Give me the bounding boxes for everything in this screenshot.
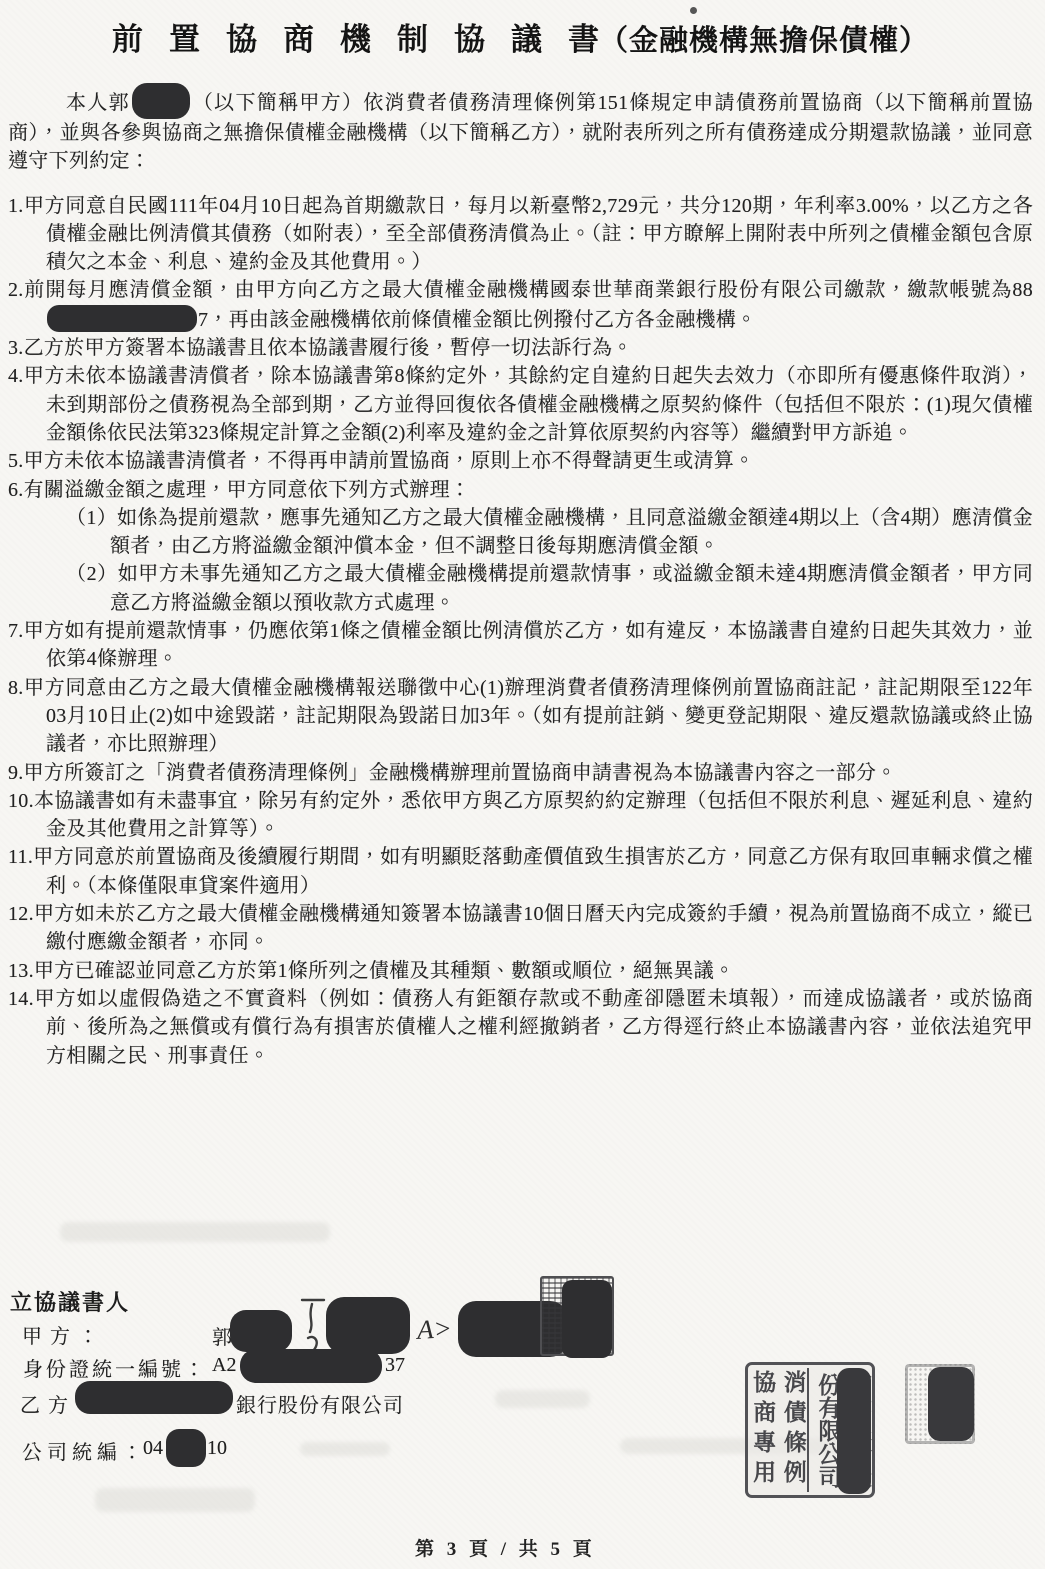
company-id-prefix: 04 — [143, 1437, 163, 1460]
handwritten-id-prefix: A> — [416, 1313, 452, 1346]
redaction-stamp-bank-name — [837, 1368, 871, 1494]
clause-8: 8.甲方同意由乙方之最大債權金融機構報送聯徵中心(1)辦理消費者債務清理條例前置… — [8, 674, 1033, 759]
id-number-prefix: A2 — [212, 1354, 236, 1377]
title-main: 前置協商機制協議書 — [112, 22, 625, 57]
clause-3: 3.乙方於甲方簽署本協議書且依本協議書履行後，暫停一切法訴行為。 — [8, 334, 1033, 362]
clause-13: 13.甲方已確認並同意乙方於第1條所列之債權及其種類、數額或順位，絕無異議。 — [8, 957, 1033, 985]
page-number-footer: 第 3 頁 / 共 5 頁 — [415, 1534, 596, 1561]
redaction-small-stamp — [928, 1367, 974, 1441]
clause-1: 1.甲方同意自民國111年04月10日起為首期繳款日，每月以新臺幣2,729元，… — [8, 192, 1033, 277]
redaction-payment-account — [47, 305, 197, 332]
bleed-through-mark — [300, 1442, 390, 1456]
clause-12: 12.甲方如未於乙方之最大債權金融機構通知簽署本協議書10個日曆天內完成簽約手續… — [8, 900, 1033, 957]
clause-2: 2.前開每月應清償金額，由甲方向乙方之最大債權金融機構國泰世華商業銀行股份有限公… — [8, 276, 1033, 334]
stamp-column-statute: 消債條例 — [781, 1368, 809, 1492]
redaction-applicant-name — [132, 83, 190, 119]
document-body: 前置協商機制協議書（金融機構無擔保債權） 本人郭（以下簡稱甲方）依消費者債務清理… — [0, 0, 1045, 1070]
clause-9: 9.甲方所簽訂之「消費者債務清理條例」金融機構辦理前置協商申請書視為本協議書內容… — [8, 759, 1033, 787]
document-title: 前置協商機制協議書（金融機構無擔保債權） — [8, 14, 1033, 59]
bank-negotiation-stamp: 商業銀行股 份有限公司 消債條例 協商專用 — [745, 1362, 875, 1498]
clause-11: 11.甲方同意於前置協商及後續履行期間，如有明顯貶落動產價值致生損害於乙方，同意… — [8, 843, 1033, 900]
signatories-heading: 立協議書人 — [10, 1286, 130, 1317]
stamp-column-company-suffix: 份有限公司 — [815, 1368, 839, 1492]
clause-6-sub-1: （1）如係為提前還款，應事先通知乙方之最大債權金融機構，且同意溢繳金額達4期以上… — [8, 504, 1033, 561]
scanned-agreement-page: 前置協商機制協議書（金融機構無擔保債權） 本人郭（以下簡稱甲方）依消費者債務清理… — [0, 0, 1045, 1569]
id-number-label: 身份證統一編號： — [23, 1353, 207, 1382]
clause-6: 6.有關溢繳金額之處理，甲方同意依下列方式辦理： — [8, 476, 1033, 504]
redaction-id-number — [240, 1349, 382, 1383]
intro-pre: 本人郭 — [66, 92, 130, 114]
clause-10: 10.本協議書如有未盡事宜，除另有約定外，悉依甲方與乙方原契約約定辦理（包括但不… — [8, 787, 1033, 844]
id-number-suffix: 37 — [385, 1354, 405, 1377]
company-id-suffix: 10 — [207, 1437, 227, 1460]
stamp-column-purpose: 協商專用 — [750, 1368, 774, 1492]
redaction-seal — [562, 1280, 612, 1358]
handwritten-mark — [298, 1292, 328, 1356]
bleed-through-mark — [95, 1488, 255, 1512]
intro-paragraph: 本人郭（以下簡稱甲方）依消費者債務清理條例第151條規定申請債務前置協商（以下簡… — [8, 83, 1033, 176]
clause-6-sub-2: （2）如甲方未事先通知乙方之最大債權金融機構提前還款情事，或溢繳金額未達4期應清… — [8, 560, 1033, 617]
party-a-label: 甲方： — [22, 1320, 106, 1349]
clause-4: 4.甲方未依本協議書清償者，除本協議書第8條約定外，其餘約定自違約日起失去效力（… — [8, 362, 1033, 447]
clause-7: 7.甲方如有提前還款情事，仍應依第1條之債權金額比例清償於乙方，如有違反，本協議… — [8, 617, 1033, 674]
redaction-company-id — [166, 1429, 206, 1467]
party-b-name-suffix: 銀行股份有限公司 — [236, 1389, 404, 1418]
redaction-party-b-name — [75, 1381, 233, 1414]
clause-14: 14.甲方如以虛假偽造之不實資料（例如：債務人有鉅額存款或不動產卻隱匿未填報），… — [8, 985, 1033, 1070]
bleed-through-mark — [60, 1222, 330, 1242]
party-a-printed-name: 郭 — [212, 1321, 232, 1350]
redaction-signature — [326, 1297, 410, 1354]
small-seal-stamp — [905, 1364, 975, 1444]
scan-speck — [690, 7, 697, 14]
bleed-through-mark — [495, 1390, 590, 1408]
redaction-party-a-name — [230, 1310, 292, 1352]
title-subtitle: （金融機構無擔保債權） — [599, 25, 929, 57]
clause-5: 5.甲方未依本協議書清償者，不得再申請前置協商，原則上亦不得聲請更生或清算。 — [8, 447, 1033, 475]
company-id-label: 公司統編： — [22, 1436, 147, 1465]
